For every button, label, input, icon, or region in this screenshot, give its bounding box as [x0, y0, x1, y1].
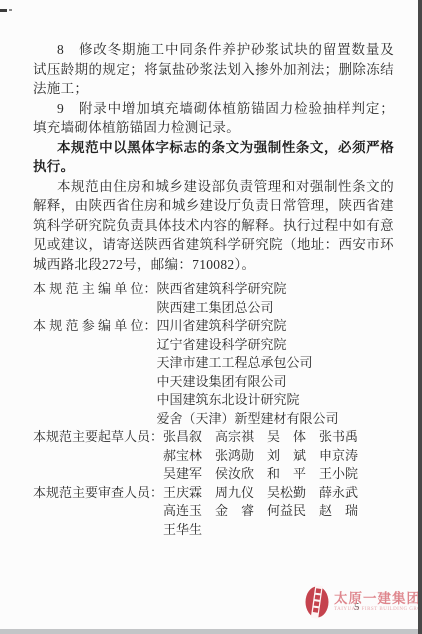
- credit-item: 中天建设集团有限公司: [157, 373, 339, 392]
- credit-item: 张昌叙 高宗祺 吴 体 张书禹: [163, 428, 358, 447]
- scan-edge-bottom: [0, 629, 418, 634]
- credit-item: 中国建筑东北设计研究院: [157, 391, 339, 410]
- credit-item: 天津市建工工程总承包公司: [157, 354, 339, 373]
- credit-item: 吴建军 侯汝欣 和 平 王小院: [163, 465, 358, 484]
- credit-label-reviewers: 本规范主要审查人员：: [33, 484, 163, 503]
- scan-artifact-mark: [0, 9, 7, 12]
- credit-item: 王华生: [163, 521, 358, 540]
- paragraph-mandatory-clause-note: 本规范中以黑体字标志的条文为强制性条文，必须严格执行。: [33, 138, 394, 177]
- scan-artifact-dot: [9, 9, 12, 11]
- company-name-en: TAIYUAN FIRST BUILDING GROUP: [334, 607, 422, 613]
- credit-item: 郝宝林 张鸿勋 刘 斌 申京涛: [163, 447, 358, 466]
- page-content: 8 修改冬期施工中同条件养护砂浆试块的留置数量及试压龄期的规定；将氯盐砂浆法划入…: [33, 40, 394, 539]
- credit-row-reviewers: 本规范主要审查人员： 王庆霖 周九仪 吴松勤 薛永武 高连玉 金 睿 何益民 赵…: [33, 484, 394, 540]
- credit-item: 高连玉 金 睿 何益民 赵 瑞: [163, 502, 358, 521]
- paragraph-revision-item-9: 9 附录中增加填充墙砌体植筋锚固力检验抽样判定；填充墙砌体植筋锚固力检测记录。: [33, 99, 394, 138]
- credit-row-chief-editor: 本 规 范 主 编 单 位： 陕西省建筑科学研究院 陕西建工集团总公司: [33, 280, 394, 317]
- company-logo-icon: [304, 585, 330, 619]
- scan-edge-right: [418, 0, 422, 634]
- company-stamp: 太原一建集团 TAIYUAN FIRST BUILDING GROUP: [304, 585, 422, 619]
- credit-label-chief-editor: 本 规 范 主 编 单 位：: [33, 280, 157, 299]
- credit-item: 陕西建工集团总公司: [157, 299, 287, 318]
- credit-row-drafters: 本规范主要起草人员： 张昌叙 高宗祺 吴 体 张书禹 郝宝林 张鸿勋 刘 斌 申…: [33, 428, 394, 484]
- company-name-cn: 太原一建集团: [334, 591, 422, 606]
- credit-items-chief-editor: 陕西省建筑科学研究院 陕西建工集团总公司: [157, 280, 287, 317]
- credit-item: 王庆霖 周九仪 吴松勤 薛永武: [163, 484, 358, 503]
- paragraph-management-note: 本规范由住房和城乡建设部负责管理和对强制性条文的解释，由陕西省住房和城乡建设厅负…: [33, 177, 394, 275]
- credit-label-participating-units: 本 规 范 参 编 单 位：: [33, 317, 157, 336]
- credit-items-drafters: 张昌叙 高宗祺 吴 体 张书禹 郝宝林 张鸿勋 刘 斌 申京涛 吴建军 侯汝欣 …: [163, 428, 358, 484]
- credit-item: 辽宁省建设科学研究院: [157, 336, 339, 355]
- credit-row-participating-units: 本 规 范 参 编 单 位： 四川省建筑科学研究院 辽宁省建设科学研究院 天津市…: [33, 317, 394, 428]
- credit-item: 陕西省建筑科学研究院: [157, 280, 287, 299]
- credits-block: 本 规 范 主 编 单 位： 陕西省建筑科学研究院 陕西建工集团总公司 本 规 …: [33, 280, 394, 539]
- credit-item: 爱舍（天津）新型建材有限公司: [157, 410, 339, 429]
- credit-label-drafters: 本规范主要起草人员：: [33, 428, 163, 447]
- document-page: 8 修改冬期施工中同条件养护砂浆试块的留置数量及试压龄期的规定；将氯盐砂浆法划入…: [0, 0, 422, 634]
- credit-items-reviewers: 王庆霖 周九仪 吴松勤 薛永武 高连玉 金 睿 何益民 赵 瑞 王华生: [163, 484, 358, 540]
- paragraph-revision-item-8: 8 修改冬期施工中同条件养护砂浆试块的留置数量及试压龄期的规定；将氯盐砂浆法划入…: [33, 40, 394, 99]
- company-stamp-text: 太原一建集团 TAIYUAN FIRST BUILDING GROUP: [334, 591, 422, 613]
- credit-item: 四川省建筑科学研究院: [157, 317, 339, 336]
- credit-items-participating-units: 四川省建筑科学研究院 辽宁省建设科学研究院 天津市建工工程总承包公司 中天建设集…: [157, 317, 339, 428]
